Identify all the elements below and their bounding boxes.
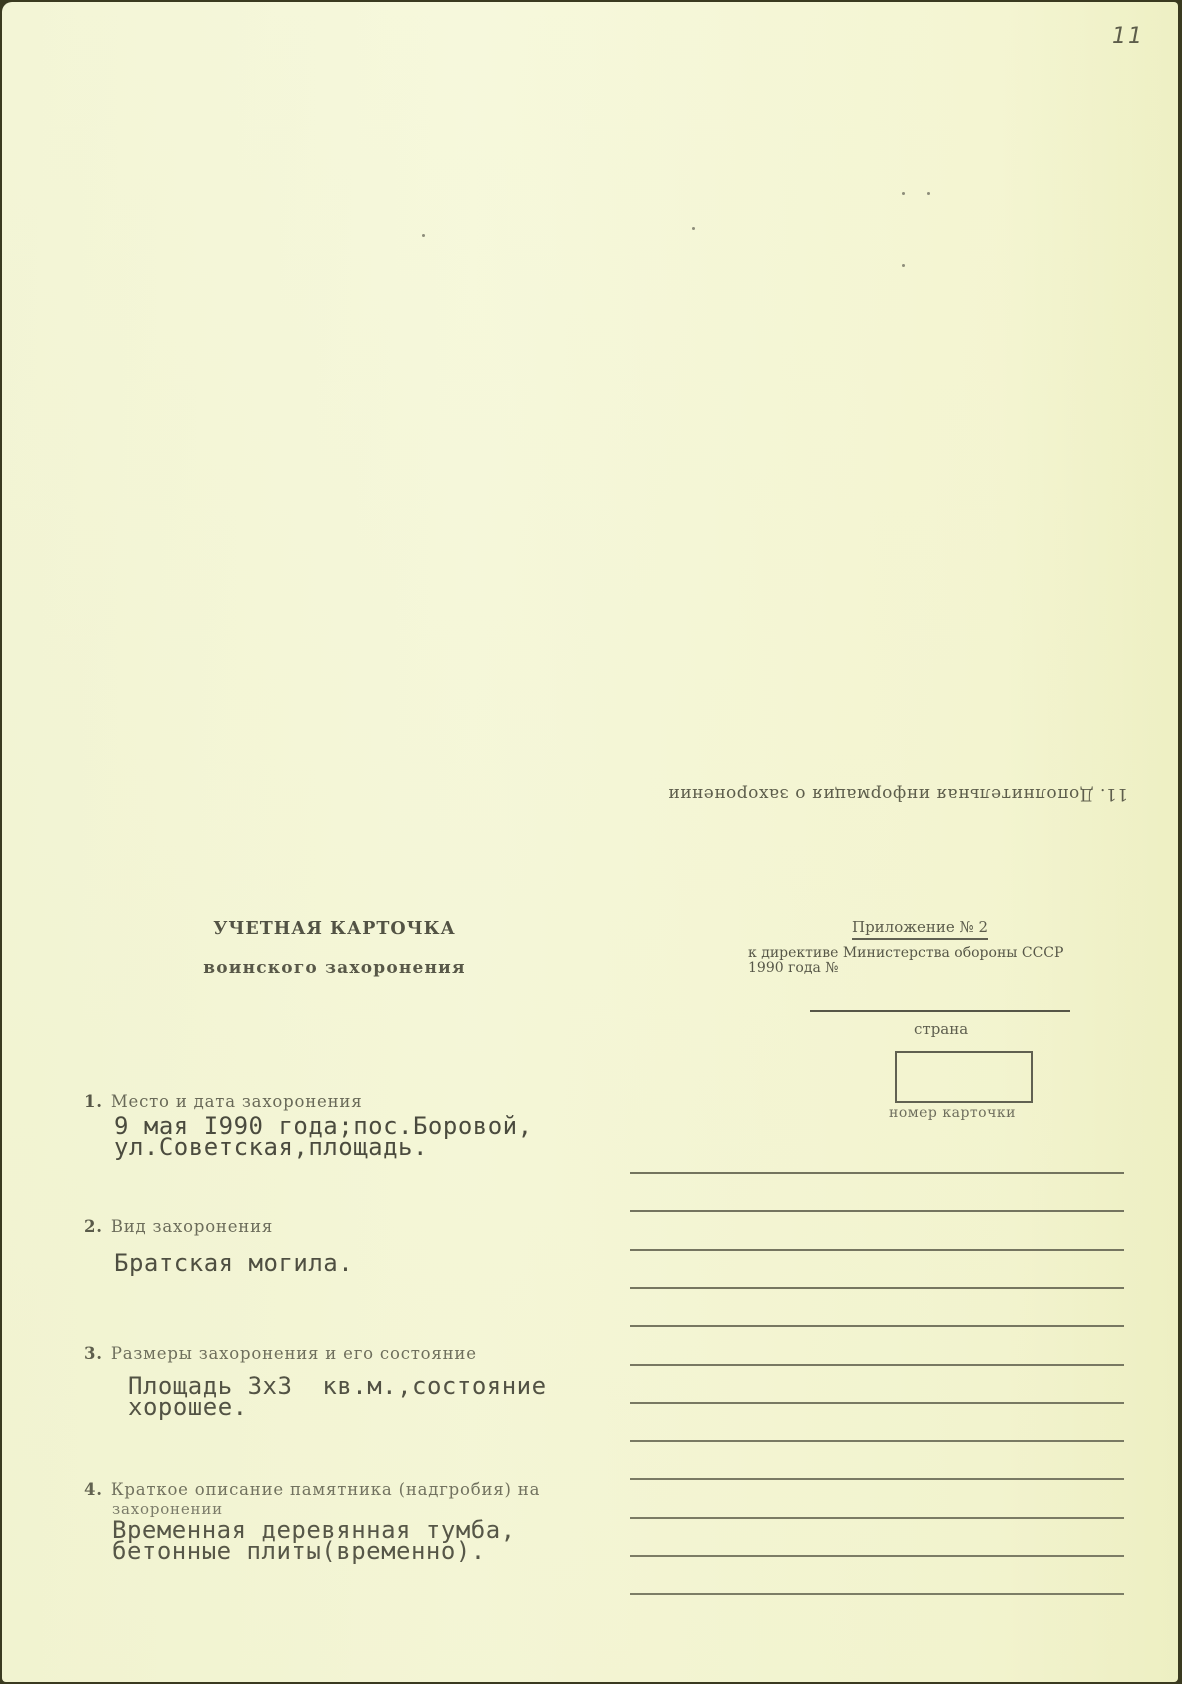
directive-line-2: 1990 года № [748,961,1118,976]
paper-speck [927,192,930,195]
field-2-label-text: Вид захоронения [111,1217,273,1236]
field-3-label: 3.Размеры захоронения и его состояние [84,1344,477,1363]
field-2-value: Братская могила. [114,1253,353,1274]
appendix-label: Приложение № 2 [852,918,988,940]
ruled-line[interactable] [630,1402,1124,1404]
ruled-line[interactable] [630,1364,1124,1366]
country-field-line[interactable] [810,1010,1070,1012]
directive-reference: к директиве Министерства обороны СССР 19… [748,946,1118,976]
ruled-line[interactable] [630,1287,1124,1289]
field-3-value: Площадь 3х3 кв.м.,состояние хорошее. [128,1376,547,1418]
scanned-card-page: 11 11. Дополнительная информация о захор… [2,2,1178,1682]
ruled-line[interactable] [630,1555,1124,1557]
paper-speck [902,192,905,195]
paper-speck [692,227,695,230]
ruled-line[interactable] [630,1478,1124,1480]
field-4-label-text: Краткое описание памятника (надгробия) н… [111,1480,540,1499]
field-3-label-text: Размеры захоронения и его состояние [111,1344,477,1363]
field-2-label: 2.Вид захоронения [84,1217,273,1236]
field-4-value: Временная деревянная тумба, бетонные пли… [112,1520,516,1562]
paper-speck [422,234,425,237]
ruled-line[interactable] [630,1325,1124,1327]
ruled-line[interactable] [630,1210,1124,1212]
field-1-value: 9 мая I990 года;пос.Боровой, ул.Советска… [114,1116,533,1158]
directive-line-1: к директиве Министерства обороны СССР [748,946,1118,961]
card-number-box[interactable] [895,1051,1033,1103]
country-label: страна [914,1020,968,1038]
handwritten-page-number: 11 [1112,24,1144,49]
ruled-line[interactable] [630,1593,1124,1595]
card-subtitle: воинского захоронения [187,958,482,978]
field-3-number: 3. [84,1344,103,1363]
additional-info-heading-upside-down: 11. Дополнительная информация о захороне… [638,784,1128,804]
card-number-label: номер карточки [889,1105,1016,1121]
field-4-number: 4. [84,1480,103,1499]
paper-speck [902,264,905,267]
field-4-label: 4.Краткое описание памятника (надгробия)… [84,1480,540,1499]
ruled-line[interactable] [630,1440,1124,1442]
field-2-number: 2. [84,1217,103,1236]
field-1-label-text: Место и дата захоронения [111,1092,363,1111]
card-title: УЧЕТНАЯ КАРТОЧКА [207,919,462,939]
field-1-label: 1.Место и дата захоронения [84,1092,362,1111]
ruled-line[interactable] [630,1517,1124,1519]
field-1-number: 1. [84,1092,103,1111]
ruled-line[interactable] [630,1249,1124,1251]
ruled-line[interactable] [630,1172,1124,1174]
